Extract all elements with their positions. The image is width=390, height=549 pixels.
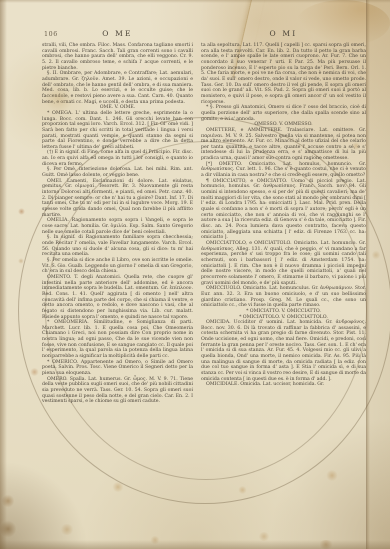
dictionary-paragraph: §. In signif. di Ragionamento familiare … [42, 235, 193, 258]
dictionary-paragraph: OMICCIUOLO. Omiciatto. Lat. homunculus. … [201, 286, 366, 309]
running-head-left: O ME [42, 29, 193, 38]
dictionary-paragraph: OMETTERE, e AMMETTERE. Tralasciare. Lat.… [201, 128, 366, 162]
foxing-spot [18, 208, 25, 215]
page-edge-right-margin [367, 0, 390, 549]
foxing-spot [238, 486, 247, 494]
dictionary-paragraph: OMEI. Lamenti, Esclamazioni di dolore. L… [42, 179, 193, 219]
dictionary-paragraph: ta alla sepoltura. Lat. 117. Quelli [ ca… [201, 43, 366, 105]
foxing-spot [326, 470, 338, 481]
dictionary-paragraph: §. Per Omè, interiezione dolorosa. Lat. … [42, 167, 193, 178]
dictionary-paragraph: * OMERICO. Appartenente ad Omero, o Simi… [42, 360, 193, 377]
page-edge-left [0, 0, 7, 549]
dictionary-paragraph: OMICCIATTOLO, e OMICIATTOLO. Omiciatto. … [201, 241, 366, 286]
foxing-spot [18, 258, 24, 264]
foxing-spot [60, 524, 74, 535]
dictionary-paragraph: OMICIDA. Ucciditor d' uomini. Lat. homic… [201, 320, 366, 382]
dictionary-paragraph: OMICIDIALE. Omicida. Lat. uccisor, homic… [201, 382, 366, 388]
page-edge-bottom [0, 540, 390, 549]
dictionary-paragraph: stralli, vili, Che ombra. Filoc. Mass. C… [42, 43, 193, 71]
dictionary-paragraph: (†) E in signif. di Fine, come alfa in q… [42, 150, 193, 167]
dictionary-paragraph: * OMEOMERIA. Similitudine, e Somiglianza… [42, 320, 193, 360]
page-edge-top [0, 0, 390, 3]
foxing-spot [30, 368, 39, 376]
running-head-right: O MI [201, 29, 366, 38]
dictionary-paragraph: * OMEGA. L' ultima delle lettere greche,… [42, 111, 193, 151]
dictionary-paragraph: OMERO. Spalla. Lat. humerus. Gr. ὦμος. M… [42, 377, 193, 405]
foxing-spot [112, 482, 124, 492]
scanned-book-page: 106 O ME O MI stralli, vili, Che ombra. … [0, 0, 390, 549]
dictionary-paragraph: [*] OMETTO. Omicciatto. Lat. homulus, ho… [201, 162, 366, 179]
dictionary-paragraph: OMELIA. Ragionamento sopra sopra i Vange… [42, 218, 193, 235]
dictionary-paragraph: §. II. Ombrare, per Adombrare, e Contraf… [42, 71, 193, 105]
dictionary-paragraph: * §. Presso gli Anatomici, Omero si dice… [201, 105, 366, 122]
text-column-right: ta alla sepoltura. Lat. 117. Quelli [ ca… [201, 43, 366, 388]
dictionary-paragraph: §. Per omelia si dice anche il Libro, ov… [42, 258, 193, 275]
dictionary-paragraph: OMENTO. T. degli Anatomici. Quella rete,… [42, 275, 193, 320]
text-column-left: stralli, vili, Che ombra. Filoc. Mass. C… [42, 43, 193, 405]
dictionary-paragraph: ¶ OMICCIATTO, e OMICIATTO. Uomo di picci… [201, 179, 366, 241]
page-edge-right-line [366, 0, 367, 549]
